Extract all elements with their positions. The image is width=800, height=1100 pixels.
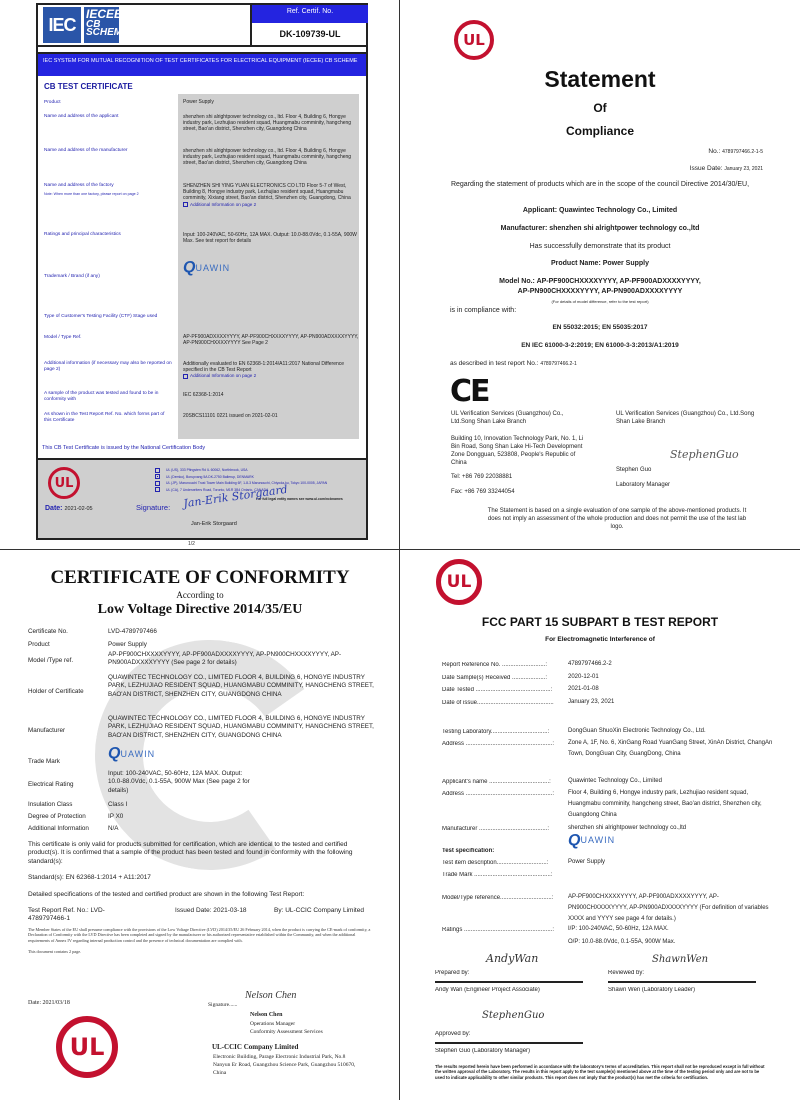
signer-title: Laboratory Manager: [616, 481, 670, 489]
ul-entity-jp: UL (JP), Marunouchi Trust Tower Main Bui…: [155, 480, 327, 487]
approved-name: Stephen Guo (Laboratory Manager): [435, 1048, 595, 1054]
fcc-trademark-logo: QUAWIN: [568, 835, 778, 850]
quawin-logo-text: UAWIN: [120, 750, 155, 758]
cb-value-product: Power Supply: [183, 99, 359, 105]
fcc-label-applicant-address: Address ................................…: [442, 791, 554, 797]
fcc-value-ratings-op: O/P: 10.0-88.0Vdc, 0.1-55A, 900W Max.: [568, 937, 778, 948]
coc-company: UL-CCIC Company Limited: [212, 1043, 298, 1051]
cb-label-product: Product: [44, 100, 172, 106]
coc-pages-note: This document contains 2 page.: [28, 949, 378, 954]
fcc-label-date-issue: Date of issue...........................…: [442, 700, 554, 706]
coc-label-electrical: Electrical Rating: [28, 781, 74, 788]
cb-certificate-frame: IEC IECEE CB SCHEME Ref. Certif. No. DK-…: [36, 3, 368, 540]
standard-line-2: EN IEC 61000-3-2:2019; EN 61000-3-3:2013…: [400, 341, 800, 350]
model-note: (For details of model difference, refer …: [400, 297, 800, 306]
coc-standards: Standard(s): EN 62368-1:2014 + A11:2017: [28, 874, 378, 882]
ref-certif-box: Ref. Certif. No. DK-109739-UL: [250, 5, 368, 45]
coc-value-holder: QUAWINTEC TECHNOLOGY CO., LIMITED FLOOR …: [108, 674, 378, 699]
cb-certificate-title: CB TEST CERTIFICATE: [44, 82, 133, 91]
model-line-2: AP-PN900CHXXXXYYYY, AP-PN900ADXXXXYYYY: [400, 287, 800, 296]
ul-logo: UL: [454, 20, 494, 60]
fcc-value-manufacturer: shenzhen shi alrightpower technology co.…: [568, 823, 778, 834]
cb-value-model: AP-PF900ADXXXXYYYY, AP-PF900CHXXXXYYYY, …: [183, 334, 359, 346]
quawin-logo-q: Q: [108, 750, 120, 758]
iecee-logo-text: IECEE: [86, 10, 117, 18]
certificate-of-conformity: CERTIFICATE OF CONFORMITY According to L…: [0, 550, 400, 1100]
compliance-with: is in compliance with:: [450, 307, 516, 314]
checkbox: [155, 481, 160, 486]
quadrant-divider-horizontal: [0, 549, 800, 550]
ul-logo-text: UL: [55, 476, 74, 491]
cb-test-certificate: IEC IECEE CB SCHEME Ref. Certif. No. DK-…: [0, 0, 400, 550]
cb-value-standard: IEC 62368-1:2014: [183, 392, 359, 398]
applicant: Applicant: Quawintec Technology Co., Lim…: [400, 206, 800, 215]
cb-label-factory-text: Name and address of the factory: [44, 183, 114, 188]
signature-label: Signature......: [208, 1002, 237, 1008]
cb-value-factory-text: SHENZHEN SHI YING YUAN ELECTRONICS CO LT…: [183, 183, 351, 201]
fcc-value-date-tested: 2021-01-08: [568, 684, 778, 695]
cb-label-model: Model / Type Ref.: [44, 335, 172, 341]
coc-label-additional: Additional Information: [28, 825, 89, 832]
lab-name-left: UL Verification Services (Guangzhou) Co.…: [451, 410, 581, 426]
coc-label-holder: Holder of Certificate: [28, 688, 84, 695]
coc-issued-date: Issued Date: 2021-03-18: [175, 907, 265, 915]
coc-detailed-text: Detailed specifications of the tested an…: [28, 891, 378, 899]
fcc-label-test-item: Test item description...................…: [442, 860, 554, 866]
iec-logo-text: IEC: [48, 15, 75, 36]
ref-certif-label: Ref. Certif. No.: [252, 5, 368, 23]
quadrant-divider-vertical: [399, 0, 400, 1100]
coc-label-protection: Degree of Protection: [28, 813, 86, 820]
cb-label-additional: Additional information (if necessary may…: [44, 361, 172, 373]
cb-footer: UL UL (US), 333 Pfingsten Rd IL 60062, N…: [38, 458, 366, 538]
iecee-cb-scheme-logo: IECEE CB SCHEME: [84, 7, 119, 43]
signer-department: Conformity Assessment Services: [250, 1029, 323, 1035]
fcc-title: FCC PART 15 SUBPART B TEST REPORT: [400, 615, 800, 629]
cb-label-applicant: Name and address of the applicant: [44, 114, 172, 120]
iec-logo: IEC: [43, 7, 81, 43]
standard-line-1: EN 55032:2015; EN 55035:2017: [400, 323, 800, 332]
lab-address: Building 10, Innovation Technology Park,…: [451, 435, 586, 467]
fcc-label-applicant: Applicant's name .......................…: [442, 779, 554, 785]
statement-disclaimer: The Statement is based on a single evalu…: [482, 507, 752, 531]
fcc-value-applicant-address: Floor 4, Building 6, Hongye industry par…: [568, 788, 778, 821]
coc-title: CERTIFICATE OF CONFORMITY: [0, 567, 400, 589]
prepared-label: Prepared by:: [435, 970, 547, 976]
reviewed-name: Shawn Wen (Laboratory Leader): [608, 987, 768, 993]
approved-signature: StephenGuo: [482, 1010, 544, 1021]
coc-label-product: Product: [28, 641, 50, 648]
manufacturer: Manufacturer: shenzhen shi alrightpower …: [400, 224, 800, 233]
coc-value-electrical: Input: 100-240VAC, 50-60Hz, 12A MAX. Out…: [108, 770, 258, 795]
quawin-logo-text: UAWIN: [580, 835, 615, 846]
fcc-label-report-ref: Report Reference No. ...................…: [442, 662, 554, 668]
fcc-label-trade-mark: Trade Mark .............................…: [442, 872, 554, 878]
prepared-name: Andy Wan (Engineer Project Associate): [435, 987, 595, 993]
coc-value-model: AP-PF900CHXXXXYYYY, AP-PF900ADXXXXYYYY, …: [108, 651, 378, 668]
coc-directive: Low Voltage Directive 2014/35/EU: [0, 602, 400, 618]
ref-certif-number: DK-109739-UL: [252, 23, 368, 39]
lab-name-right: UL Verification Services (Guangzhou) Co.…: [616, 410, 756, 426]
iecee-logo-scheme: SCHEME: [86, 29, 117, 37]
cb-label-factory: Name and address of the factory Note: Wh…: [44, 183, 172, 197]
divider: [38, 45, 366, 47]
coc-fine-print: The Member States of the EU shall presum…: [28, 927, 378, 943]
fcc-value-applicant: Quawintec Technology Co., Limited: [568, 776, 778, 787]
fcc-label-date-tested: Date Tested ............................…: [442, 687, 554, 693]
ul-entity-text: UL (US), 333 Pfingsten Rd IL 60062, Nort…: [166, 468, 248, 472]
page-number: 1/2: [188, 541, 195, 547]
ul-entity-text: UL (Demko), Borupvang 5A DK-2750 Balleru…: [166, 475, 254, 479]
fcc-label-ratings: Ratings ................................…: [442, 927, 554, 933]
iecee-banner: IEC SYSTEM FOR MUTUAL RECOGNITION OF TES…: [38, 54, 366, 76]
coc-company-address: Electronic Building, Parage Electronic I…: [213, 1053, 363, 1077]
coc-value-protection: IP X0: [108, 813, 378, 821]
signer-name: Jan-Erik Storgaard: [191, 521, 237, 527]
cb-value-test-report: 20SBCS11101 0221 issued on 2021-02-01: [183, 413, 359, 419]
coc-label-insulation: Insulation Class: [28, 801, 72, 808]
checkbox: [155, 468, 160, 473]
coc-value-additional: N/A: [108, 825, 378, 833]
coc-issued-by: By: UL-CCIC Company Limited: [274, 907, 384, 915]
fcc-value-report-ref: 4789797466.2-2: [568, 659, 778, 670]
coc-value-trademark: QUAWIN: [108, 750, 378, 761]
coc-label-manufacturer: Manufacturer: [28, 727, 65, 734]
lab-fax: Fax: +86 769 33244054: [451, 488, 515, 496]
ul-logo-text: UL: [463, 31, 485, 49]
coc-label-trademark: Trade Mark: [28, 758, 60, 765]
fcc-value-model: AP-PF900CHXXXXYYYY, AP-PF900ADXXXXYYYY, …: [568, 892, 778, 925]
model-line-1: Model No.: AP-PF900CHXXXXYYYY, AP-PF900A…: [400, 277, 800, 286]
fcc-label-model: Model/Type reference....................…: [442, 895, 554, 901]
lab-tel: Tel: +86 769 22038881: [451, 473, 512, 481]
reviewed-label: Reviewed by:: [608, 970, 720, 976]
checkbox: [183, 374, 188, 379]
date-value: 2021-02-05: [64, 506, 92, 512]
quawin-logo-q: Q: [568, 835, 580, 846]
ul-entity-text: UL (JP), Marunouchi Trust Tower Main Bui…: [166, 481, 327, 485]
cb-value-manufacturer: shenzhen shi alrightpower technology co.…: [183, 148, 359, 167]
quawin-logo: QUAWIN: [568, 835, 615, 846]
fcc-label-date-received: Date Sample(s) Received ................…: [442, 675, 554, 681]
fcc-label-lab-address: Address ................................…: [442, 741, 554, 747]
coc-validity-text: This certificate is only valid for produ…: [28, 841, 378, 866]
prepared-signature: AndyWan: [486, 952, 538, 965]
report-number: 4789797466.2-1: [540, 361, 576, 367]
coc-label-cert-no: Certificate No.: [28, 628, 68, 635]
fcc-value-lab-address: Zone A, 1F, No. 6, XinGang Road YuanGang…: [568, 738, 778, 760]
regarding-text: Regarding the statement of products whic…: [400, 180, 800, 189]
signature-image: StephenGuo: [670, 448, 739, 461]
coc-value-manufacturer: QUAWINTEC TECHNOLOGY CO., LIMITED FLOOR …: [108, 715, 378, 740]
fcc-label-lab: Testing Laboratory......................…: [442, 729, 554, 735]
demonstrate-text: Has successfully demonstrate that its pr…: [400, 242, 800, 251]
fcc-value-date-received: 2020-12-01: [568, 672, 778, 683]
date-label: Date:: [45, 505, 63, 512]
reviewed-signature-line: [608, 981, 756, 983]
reviewed-signature: ShawnWen: [652, 954, 708, 965]
checkbox-checked: [155, 474, 160, 479]
fcc-subtitle: For Electromagnetic Interference of: [400, 636, 800, 643]
coc-label-model: Model /Type ref.: [28, 657, 73, 664]
cb-check-label: Additional Information on page 2: [190, 202, 256, 207]
cb-factory-note: Note: When more than one factory, please…: [44, 191, 172, 197]
cb-value-trademark: QUAWIN: [183, 265, 359, 274]
cb-date: Date: 2021-02-05: [45, 505, 93, 512]
cb-label-test-report: As shown in the Test Report Ref. No. whi…: [44, 412, 172, 424]
coc-value-insulation: Class I: [108, 801, 378, 809]
cb-value-applicant: shenzhen shi alrightpower technology co.…: [183, 114, 359, 133]
fcc-value-test-item: Power Supply: [568, 857, 778, 868]
fcc-label-manufacturer: Manufacturer ...........................…: [442, 826, 554, 832]
described-in: as described in test report No.: 4789797…: [450, 360, 577, 367]
ul-logo: UL: [56, 1016, 118, 1078]
cb-label-ctf: Type of Customer's Testing Facility (CTF…: [44, 314, 172, 320]
quawin-logo: QUAWIN: [108, 750, 155, 758]
cb-check-label: Additional Information on page 2: [190, 373, 256, 378]
quawin-logo-text: UAWIN: [195, 265, 230, 271]
issue-date-label: Issue Date:: [690, 165, 723, 172]
cb-value-ratings: Input: 100-240VAC, 50-60Hz, 12A MAX. Out…: [183, 232, 359, 244]
quawin-logo-q: Q: [183, 265, 195, 271]
statement-number: No.: 4789797466.2-1-5: [708, 148, 763, 155]
statement-of: Of: [400, 101, 800, 115]
cb-label-trademark: Trademark / Brand (if any): [44, 274, 172, 280]
described-label: as described in test report No.:: [450, 360, 539, 367]
statement-title: Statement: [400, 66, 800, 93]
approved-signature-line: [435, 1042, 583, 1044]
coc-according: According to: [0, 590, 400, 600]
checkbox: [183, 202, 188, 207]
ul-logo-text: UL: [447, 572, 472, 592]
statement-compliance: Compliance: [400, 124, 800, 138]
ce-mark-icon: CE: [450, 374, 489, 409]
coc-report-ref: Test Report Ref. No.: LVD-4789797466-1: [28, 907, 138, 924]
issue-date-value: January 23, 2021: [724, 166, 763, 172]
ul-logo-text: UL: [70, 1033, 105, 1061]
cb-value-factory: SHENZHEN SHI YING YUAN ELECTRONICS CO LT…: [183, 183, 359, 208]
prepared-signature-line: [435, 981, 583, 983]
coc-value-product: Power Supply: [108, 641, 378, 649]
fcc-disclaimer: The results reported herein have been pe…: [435, 1064, 770, 1080]
statement-issue-date: Issue Date: January 23, 2021: [690, 165, 763, 172]
statement-of-compliance: UL Statement Of Compliance No.: 47897974…: [400, 0, 800, 550]
fcc-value-date-issue: January 23, 2021: [568, 697, 778, 708]
product-name: Product Name: Power Supply: [400, 259, 800, 268]
cb-label-ratings: Ratings and principal characteristics: [44, 232, 172, 238]
cb-label-sample: A sample of the product was tested and f…: [44, 391, 172, 403]
cb-label-manufacturer: Name and address of the manufacturer: [44, 148, 172, 154]
quawin-logo: QUAWIN: [183, 265, 230, 271]
number-value: 4789797466.2-1-5: [722, 149, 763, 155]
cb-value-additional: Additionally evaluated to EN 62368-1:201…: [183, 361, 359, 380]
coc-date: Date: 2021/03/18: [28, 1000, 70, 1006]
signer-name: Stephen Guo: [616, 466, 651, 474]
signature-image: Nelson Chen: [245, 990, 296, 1001]
fcc-test-report: UL FCC PART 15 SUBPART B TEST REPORT For…: [400, 550, 800, 1100]
approved-label: Approved by:: [435, 1031, 547, 1037]
signer-title: Operations Manager: [250, 1021, 295, 1027]
fcc-test-spec: Test specification:: [442, 848, 554, 854]
ul-logo: UL: [436, 559, 482, 605]
signature-label: Signature:: [136, 503, 170, 512]
signer-name: Nelson Chen: [250, 1012, 283, 1018]
fcc-value-ratings-ip: I/P: 100-240VAC, 50-60Hz, 12A MAX.: [568, 924, 778, 935]
cb-value-additional-text: Additionally evaluated to EN 62368-1:201…: [183, 361, 344, 373]
cb-issued-by: This CB Test Certificate is issued by th…: [42, 445, 205, 451]
ul-logo: UL: [48, 467, 80, 499]
checkbox: [155, 487, 160, 492]
fcc-value-lab: DongGuan ShuoXin Electronic Technology C…: [568, 726, 778, 737]
number-label: No.:: [708, 148, 720, 155]
coc-value-cert-no: LVD-4789797466: [108, 628, 378, 636]
